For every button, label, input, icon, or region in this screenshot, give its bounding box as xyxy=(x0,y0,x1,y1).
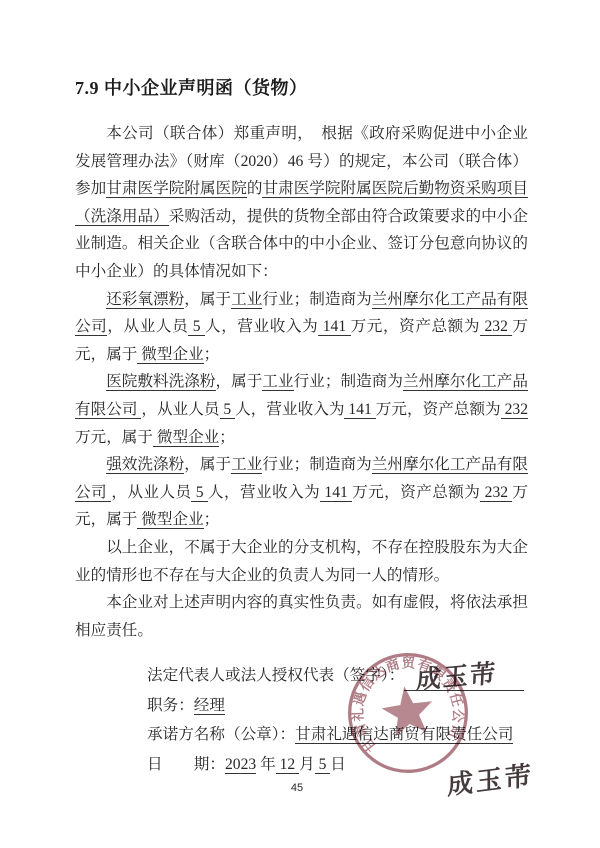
paragraph: 本企业对上述声明内容的真实性负责。如有虚假，将依法承担相应责任。 xyxy=(75,589,528,644)
text-segment: 以上企业，不属于大企业的分支机构，不存在控股股东为大企业的情形也不存在与大企业的… xyxy=(75,539,528,584)
text-segment: ； xyxy=(219,429,235,446)
underlined-text-segment: 工业 xyxy=(262,373,293,391)
text-segment: 万元，属于 xyxy=(75,429,153,446)
declaration-body: 本公司（联合体）郑重声明， 根据《政府采购促进中小企业发展管理办法》（财库（20… xyxy=(75,120,528,644)
paragraph: 医院敷料洗涤粉，属于工业行业；制造商为兰州摩尔化工产品有限公司 ，从业人员 5 … xyxy=(75,368,528,451)
underlined-text-segment: 232 xyxy=(501,401,528,419)
text-segment: ； xyxy=(204,346,220,363)
text-segment: 行业；制造商为 xyxy=(262,456,371,473)
date-year: 2023 xyxy=(225,756,256,774)
text-segment: 本企业对上述声明内容的真实性负责。如有虚假，将依法承担相应责任。 xyxy=(75,594,528,639)
underlined-text-segment: 5 xyxy=(191,484,207,502)
text-segment: 行业；制造商为 xyxy=(294,373,403,390)
underlined-text-segment: 医院敷料洗涤粉 xyxy=(106,373,215,391)
underlined-text-segment: 工业 xyxy=(231,291,262,309)
company-value: 甘肃礼遇信达商贸有限责任公司 xyxy=(295,726,513,744)
underlined-text-segment: 工业 xyxy=(231,456,262,474)
text-segment: 人，营业收入为 xyxy=(235,401,344,418)
paragraph: 本公司（联合体）郑重声明， 根据《政府采购促进中小企业发展管理办法》（财库（20… xyxy=(75,120,528,286)
paragraph: 以上企业，不属于大企业的分支机构，不存在控股股东为大企业的情形也不存在与大企业的… xyxy=(75,534,528,589)
underlined-text-segment: 微型企业 xyxy=(137,511,203,529)
date-label: 日 期： xyxy=(147,756,225,773)
month-unit: 月 xyxy=(299,756,315,773)
underlined-text-segment: 141 xyxy=(318,318,350,336)
underlined-text-segment: 232 xyxy=(480,318,512,336)
legal-rep-signature: 成玉芾 xyxy=(416,659,498,696)
text-segment: ，属于 xyxy=(216,373,263,390)
company-label: 承诺方名称（公章）： xyxy=(147,726,295,743)
underlined-text-segment: 141 xyxy=(320,484,352,502)
text-segment: 行业；制造商为 xyxy=(262,291,371,308)
text-segment: ，从业人员 xyxy=(111,484,191,501)
position-line: 职务：经理 xyxy=(147,691,528,721)
legal-rep-signature-line: 法定代表人或法人授权代表（签字）：成玉芾 xyxy=(147,661,528,691)
text-segment: ，从业人员 xyxy=(141,401,219,418)
text-segment: 人，营业收入为 xyxy=(208,484,320,501)
text-segment: ，从业人员 xyxy=(107,318,188,335)
underlined-text-segment: 5 xyxy=(188,318,205,336)
underlined-text-segment: 141 xyxy=(344,401,375,419)
day-unit: 日 xyxy=(330,756,346,773)
date-day: 5 xyxy=(315,756,331,774)
text-segment: 万元，资产总额为 xyxy=(351,318,480,335)
underlined-text-segment: 微型企业 xyxy=(153,429,219,447)
position-value: 经理 xyxy=(194,697,225,715)
company-name-line: 承诺方名称（公章）：甘肃礼遇信达商贸有限责任公司 xyxy=(147,720,528,750)
document-content: 7.9 中小企业声明函（货物） 本公司（联合体）郑重声明， 根据《政府采购促进中… xyxy=(75,74,528,780)
text-segment: 的 xyxy=(247,180,263,197)
underlined-text-segment: 甘肃医学院附属医院 xyxy=(106,180,247,198)
position-label: 职务： xyxy=(147,697,194,714)
document-page: 7.9 中小企业声明函（货物） 本公司（联合体）郑重声明， 根据《政府采购促进中… xyxy=(0,0,600,848)
underlined-text-segment: 还彩氧漂粉 xyxy=(106,291,184,309)
underlined-text-segment: 5 xyxy=(220,401,236,419)
text-segment: ； xyxy=(204,511,220,528)
paragraph: 还彩氧漂粉，属于工业行业；制造商为兰州摩尔化工产品有限公司，从业人员 5 人，营… xyxy=(75,286,528,369)
underlined-text-segment: 232 xyxy=(480,484,512,502)
date-month: 12 xyxy=(276,756,299,774)
underlined-text-segment: 微型企业 xyxy=(137,346,203,364)
underlined-text-segment: 强效洗涤粉 xyxy=(106,456,184,474)
text-segment: 万元，资产总额为 xyxy=(352,484,480,501)
paragraph: 强效洗涤粉，属于工业行业；制造商为兰州摩尔化工产品有限公司 ，从业人员 5 人，… xyxy=(75,451,528,534)
text-segment: ，属于 xyxy=(184,456,231,473)
text-segment: ，属于 xyxy=(184,291,231,308)
year-unit: 年 xyxy=(256,756,276,773)
section-title: 7.9 中小企业声明函（货物） xyxy=(75,74,528,100)
legal-rep-label: 法定代表人或法人授权代表（签字）： xyxy=(147,667,404,684)
text-segment: 万元，资产总额为 xyxy=(376,401,501,418)
signature-underline: 成玉芾 xyxy=(404,675,524,691)
text-segment: 人，营业收入为 xyxy=(205,318,318,335)
